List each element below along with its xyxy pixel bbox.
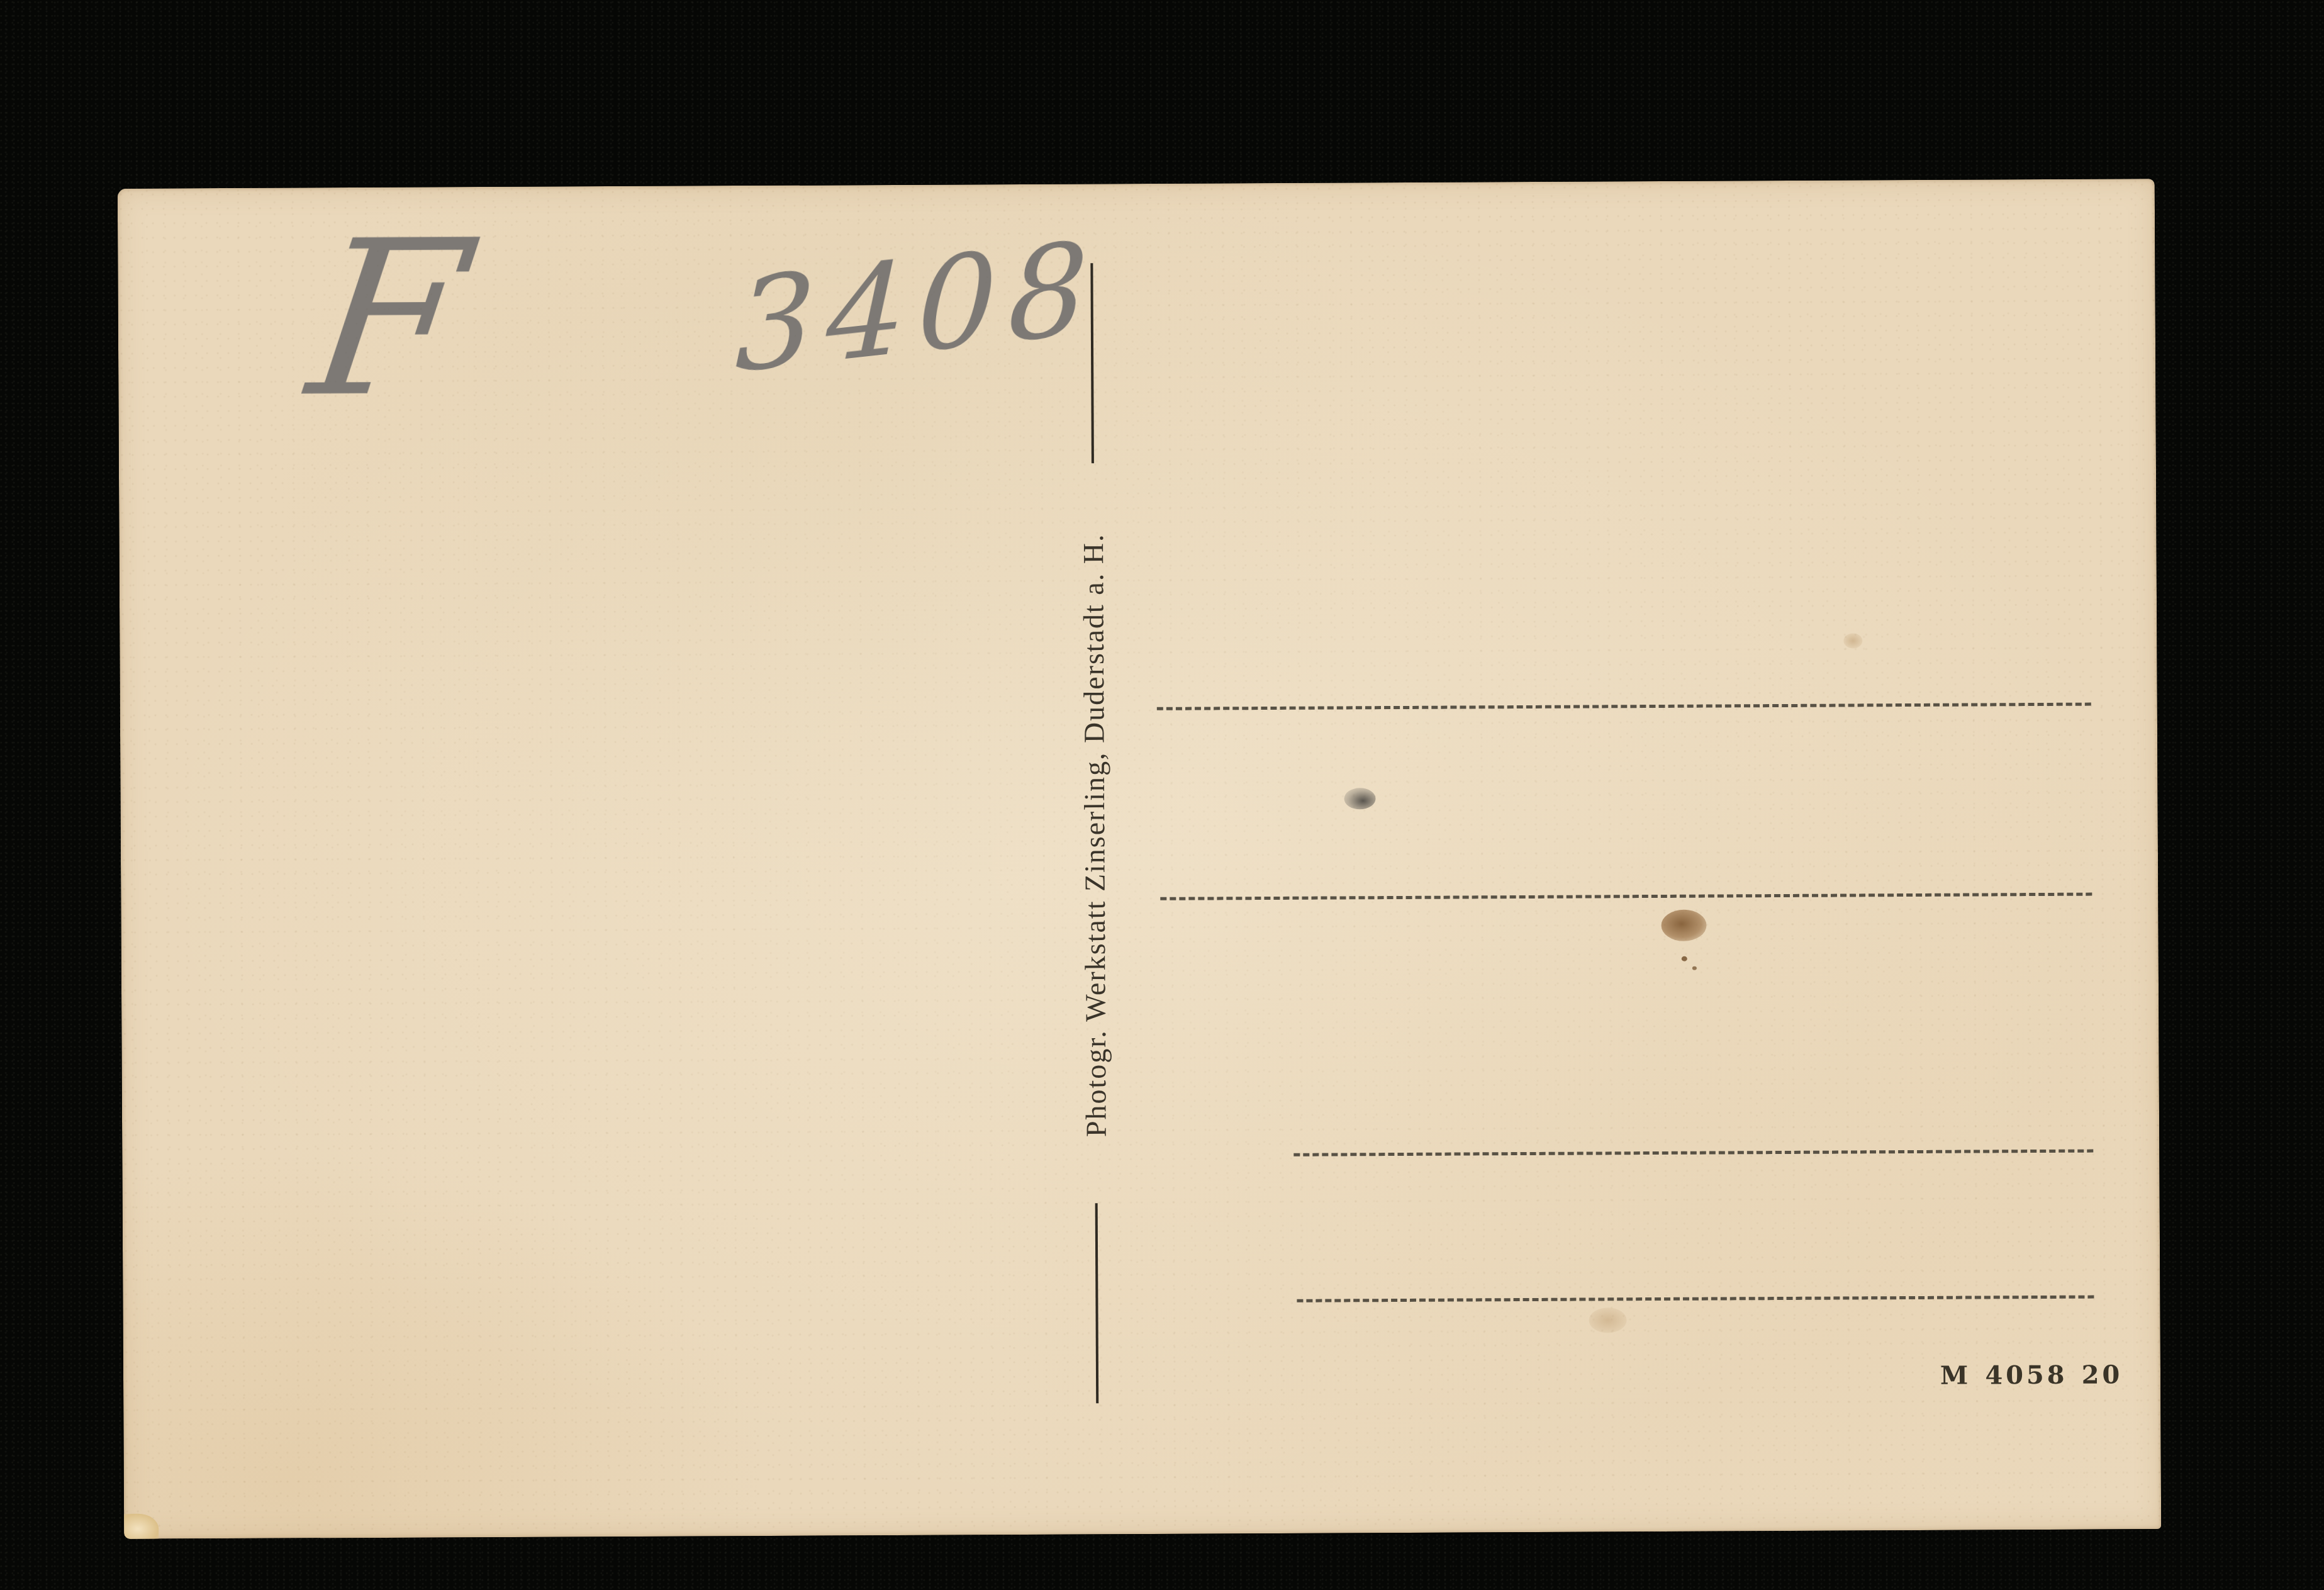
address-line-2 xyxy=(1160,893,2092,900)
address-line-4 xyxy=(1297,1296,2094,1302)
address-line-1 xyxy=(1157,703,2091,710)
stain-brown xyxy=(1661,910,1706,941)
print-code: M405820 xyxy=(1940,1360,2123,1390)
address-line-3 xyxy=(1293,1150,2093,1156)
stain-faint xyxy=(1589,1307,1626,1333)
print-code-prefix: M xyxy=(1940,1361,1972,1391)
print-code-number: 4058 xyxy=(1985,1360,2068,1391)
pencil-annotation-letter: F xyxy=(300,212,489,427)
stain-faint xyxy=(1843,633,1862,648)
pencil-annotation-number: 3408 xyxy=(734,224,1101,391)
postcard: F 3408 Photogr. Werkstatt Zinserling, Du… xyxy=(118,179,2161,1539)
stain-dark xyxy=(1344,788,1375,809)
stain-speck xyxy=(1692,966,1697,970)
stain-speck xyxy=(1682,956,1687,961)
publisher-imprint: Photogr. Werkstatt Zinserling, Duderstad… xyxy=(1076,533,1113,1137)
divider-line-bottom xyxy=(1095,1203,1099,1403)
corner-wear xyxy=(124,1514,159,1539)
print-code-suffix: 20 xyxy=(2082,1360,2123,1389)
